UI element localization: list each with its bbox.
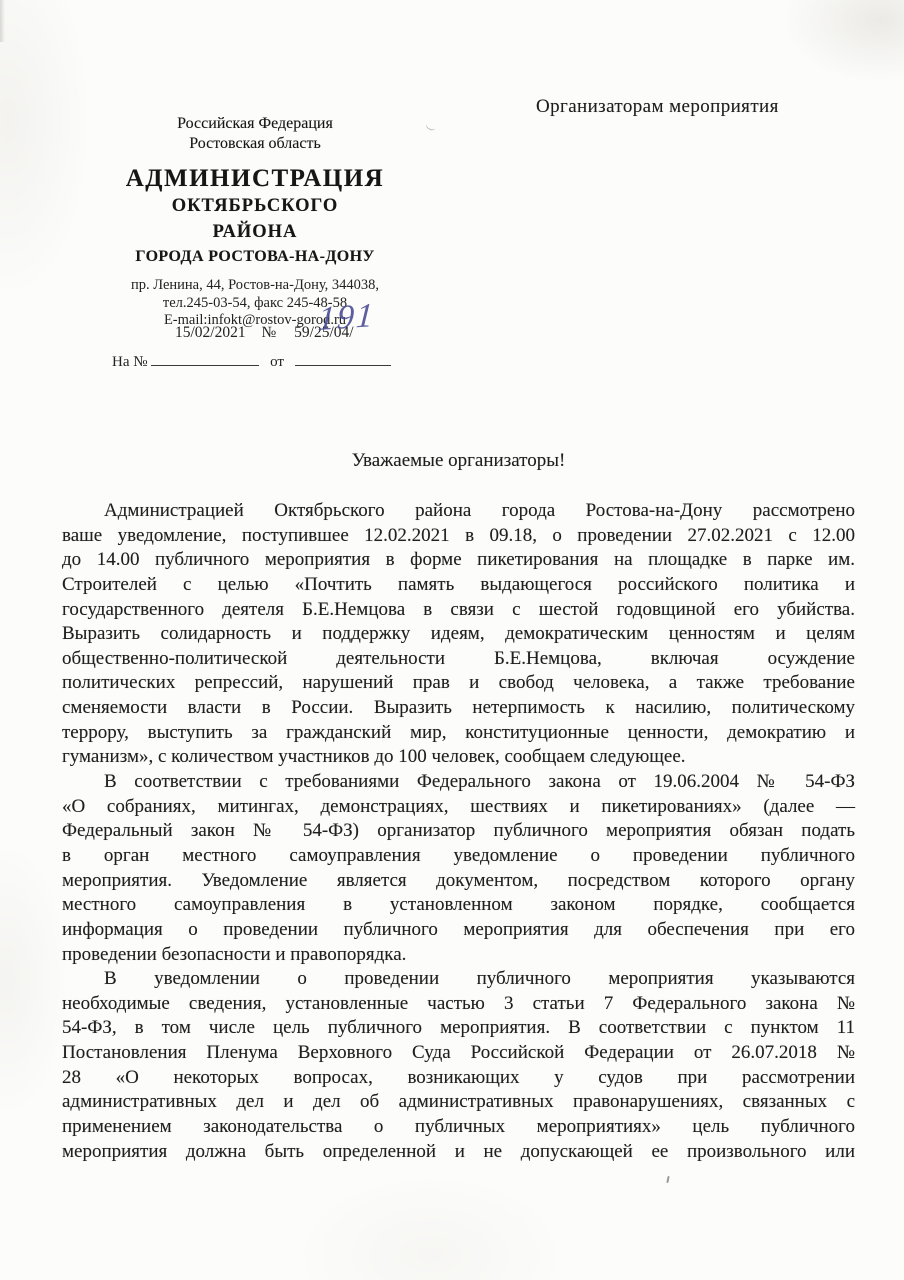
letterhead-region: Ростовская область [90, 134, 420, 154]
body-line: «О собраниях, митингах, демонстрациях, ш… [62, 795, 855, 820]
body-line: местного самоуправления в установленном … [62, 893, 855, 918]
body-line: необходимые сведения, установленные част… [62, 992, 855, 1017]
salutation: Уважаемые организаторы! [62, 450, 855, 472]
body-line: информация о проведении публичного мероп… [62, 918, 855, 943]
scanned-letter-page: Организаторам мероприятия Российская Фед… [0, 0, 904, 1280]
body-line: до 14.00 публичного мероприятия в форме … [62, 548, 855, 573]
letter-date: 15/02/2021 [175, 324, 246, 341]
ref-from-label: от [270, 354, 284, 370]
ref-prefix-label: На № [112, 354, 148, 370]
org-name-line2: ОКТЯБРЬСКОГО [90, 193, 420, 219]
letter-body: Администрацией Октябрьского района город… [62, 499, 855, 1164]
body-line: применением законодательства о публичных… [62, 1115, 855, 1140]
body-line: Постановления Пленума Верховного Суда Ро… [62, 1041, 855, 1066]
scan-artifact-edge [0, 0, 5, 42]
ref-number-blank [151, 352, 259, 366]
reference-line: На № от [112, 352, 391, 371]
handwritten-registration-number: 191 [317, 299, 376, 337]
org-name-line4: ГОРОДА РОСТОВА-НА-ДОНУ [90, 245, 420, 269]
letterhead-address: пр. Ленина, 44, Ростов-на-Дону, 344038, [90, 277, 420, 295]
body-line: 28 «О некоторых вопросах, возникающих у … [62, 1066, 855, 1091]
body-line: В уведомлении о проведении публичного ме… [62, 967, 855, 992]
body-line: политических репрессий, нарушений прав и… [62, 671, 855, 696]
body-line: В соответствии с требованиями Федерально… [62, 770, 855, 795]
letterhead-country: Российская Федерация [90, 114, 420, 134]
letterhead-org-name: АДМИНИСТРАЦИЯ ОКТЯБРЬСКОГО РАЙОНА ГОРОДА… [90, 165, 420, 269]
body-line: Выразить солидарность и поддержку идеям,… [62, 622, 855, 647]
paragraph-1: Администрацией Октябрьского района город… [62, 499, 855, 770]
scan-artifact-dot [666, 1176, 669, 1183]
number-sign: № [262, 324, 277, 341]
scan-artifact-pen-mark [425, 120, 437, 131]
body-line: в орган местного самоуправления уведомле… [62, 844, 855, 869]
org-name-line3: РАЙОНА [90, 219, 420, 245]
body-line: государственного деятеля Б.Е.Немцова в с… [62, 598, 855, 623]
body-line: административных дел и дел об администра… [62, 1090, 855, 1115]
body-line: Федеральный закон № 54-ФЗ) организатор п… [62, 819, 855, 844]
body-line: мероприятия. Уведомление является докуме… [62, 869, 855, 894]
body-line: террору, выступить за гражданский мир, к… [62, 721, 855, 746]
body-line: сменяемости власти в России. Выразить не… [62, 696, 855, 721]
body-line: Администрацией Октябрьского района город… [62, 499, 855, 524]
org-name-line1: АДМИНИСТРАЦИЯ [90, 165, 420, 193]
body-line: 54-ФЗ, в том числе цель публичного мероп… [62, 1016, 855, 1041]
body-line: Строителей с целью «Почтить память выдаю… [62, 573, 855, 598]
body-line: общественно-политической деятельности Б.… [62, 647, 855, 672]
body-line: мероприятия должна быть определенной и н… [62, 1140, 855, 1165]
body-line: ваше уведомление, поступившее 12.02.2021… [62, 524, 855, 549]
body-line: гуманизм», с количеством участников до 1… [62, 745, 855, 770]
ref-date-blank [295, 352, 391, 366]
body-line: проведении безопасности и правопорядка. [62, 943, 855, 968]
paragraph-2: В соответствии с требованиями Федерально… [62, 770, 855, 967]
paragraph-3: В уведомлении о проведении публичного ме… [62, 967, 855, 1164]
recipient-line: Организаторам мероприятия [536, 96, 779, 118]
